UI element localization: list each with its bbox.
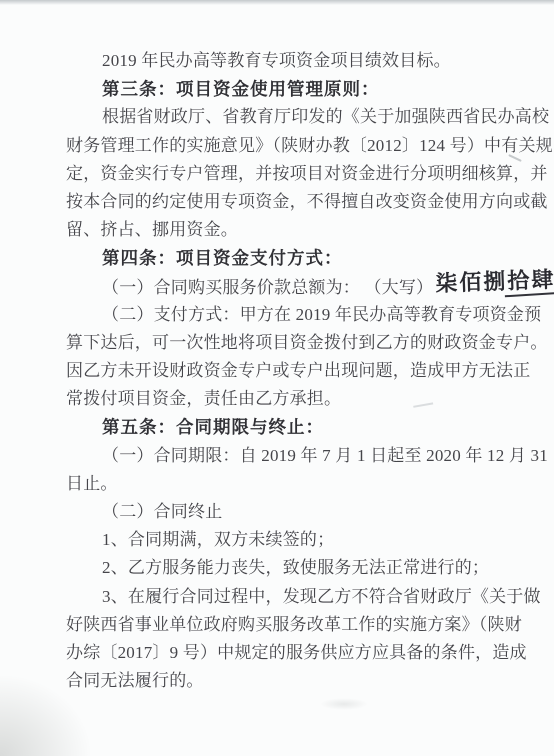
- line-text: 第三条：项目资金使用管理原则：: [102, 79, 380, 99]
- text-line: 定，资金实行专户管理，并按项目对资金进行分项明细核算，并: [66, 160, 536, 188]
- text-line: （二）支付方式：甲方在 2019 年民办高等教育专项资金预: [66, 301, 536, 329]
- scan-edge-shadow-left: [0, 0, 24, 756]
- text-line: 好陕西省事业单位政府购买服务改革工作的实施方案》（陕财: [66, 611, 536, 639]
- line-text: 办综〔2017〕9 号）中规定的服务供应方应具备的条件，造成: [66, 643, 527, 662]
- line-text: 留、挤占、挪用资金。: [66, 220, 238, 239]
- line-text: 合同无法履行的。: [66, 671, 204, 690]
- line-text: 财务管理工作的实施意见》（陕财办教〔2012〕124 号）中有关规: [66, 136, 553, 155]
- text-line: 日止。: [66, 470, 536, 498]
- line-text: 第五条：合同期限与终止：: [102, 417, 324, 437]
- line-text: 定，资金实行专户管理，并按项目对资金进行分项明细核算，并: [66, 164, 548, 183]
- line-text: （二）支付方式：甲方在 2019 年民办高等教育专项资金预: [102, 305, 541, 324]
- text-line: 因乙方未开设财政资金专户或专户出现问题，造成甲方无法正: [66, 357, 536, 385]
- line-text: 1、合同期满，双方未续签的；: [102, 530, 334, 549]
- line-text: 根据省财政厅、省教育厅印发的《关于加强陕西省民办高校: [102, 107, 549, 126]
- text-line: （一）合同购买服务价款总额为： （大写）柒佰捌拾肆万元整: [66, 273, 536, 301]
- document-body: 2019 年民办高等教育专项资金项目绩效目标。第三条：项目资金使用管理原则：根据…: [66, 47, 536, 695]
- line-text: 按本合同的约定使用专项资金，不得擅自改变资金使用方向或截: [66, 192, 548, 211]
- text-line: 2、乙方服务能力丧失，致使服务无法正常进行的；: [66, 554, 536, 582]
- text-line: 算下达后，可一次性地将项目资金拨付到乙方的财政资金专户。: [66, 329, 536, 357]
- line-text: 第四条：项目资金支付方式：: [102, 248, 343, 268]
- text-line: 2019 年民办高等教育专项资金项目绩效目标。: [66, 47, 536, 75]
- text-line: （二）合同终止: [66, 498, 536, 526]
- line-text: 日止。: [66, 474, 118, 493]
- text-line: 根据省财政厅、省教育厅印发的《关于加强陕西省民办高校: [66, 103, 536, 131]
- line-text: （一）合同购买服务价款总额为： （大写）: [102, 278, 433, 297]
- text-line: 办综〔2017〕9 号）中规定的服务供应方应具备的条件，造成: [66, 639, 536, 667]
- text-line: （一）合同期限：自 2019 年 7 月 1 日起至 2020 年 12 月 3…: [66, 442, 536, 470]
- line-text: 因乙方未开设财政资金专户或专户出现问题，造成甲方无法正: [66, 361, 530, 380]
- text-line: 合同无法履行的。: [66, 667, 536, 695]
- text-line: 常拨付项目资金，责任由乙方承担。: [66, 385, 536, 413]
- clause-heading-line: 第三条：项目资金使用管理原则：: [66, 75, 536, 103]
- clause-heading-line: 第五条：合同期限与终止：: [66, 413, 536, 441]
- text-line: 3、在履行合同过程中，发现乙方不符合省财政厅《关于做: [66, 583, 536, 611]
- text-line: 财务管理工作的实施意见》（陕财办教〔2012〕124 号）中有关规: [66, 132, 536, 160]
- text-line: 按本合同的约定使用专项资金，不得擅自改变资金使用方向或截: [66, 188, 536, 216]
- line-text: 算下达后，可一次性地将项目资金拨付到乙方的财政资金专户。: [66, 333, 548, 352]
- line-text: 好陕西省事业单位政府购买服务改革工作的实施方案》（陕财: [66, 615, 522, 634]
- line-text: （一）合同期限：自 2019 年 7 月 1 日起至 2020 年 12 月 3…: [102, 446, 548, 465]
- line-text: 2019 年民办高等教育专项资金项目绩效目标。: [102, 51, 451, 70]
- line-text: 3、在履行合同过程中，发现乙方不符合省财政厅《关于做: [102, 587, 541, 606]
- text-line: 留、挤占、挪用资金。: [66, 216, 536, 244]
- scanned-contract-page: 2019 年民办高等教育专项资金项目绩效目标。第三条：项目资金使用管理原则：根据…: [0, 0, 554, 756]
- clause-heading-line: 第四条：项目资金支付方式：: [66, 244, 536, 272]
- scan-artifact: [320, 698, 368, 710]
- line-text: 常拨付项目资金，责任由乙方承担。: [66, 389, 341, 408]
- line-text: （二）合同终止: [102, 502, 222, 521]
- line-text: 2、乙方服务能力丧失，致使服务无法正常进行的；: [102, 558, 489, 577]
- scan-edge-shadow-top: [0, 0, 554, 5]
- text-line: 1、合同期满，双方未续签的；: [66, 526, 536, 554]
